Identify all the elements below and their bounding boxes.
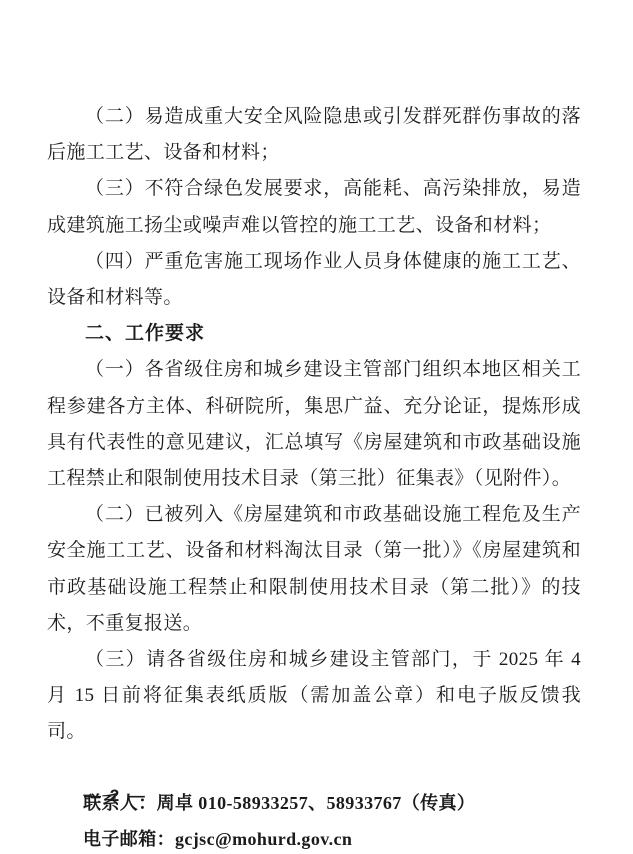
paragraph-item-2: （二）易造成重大安全风险隐患或引发群死群伤事故的落后施工工艺、设备和材料；	[47, 99, 581, 171]
page-number: — 2 —	[84, 786, 147, 806]
section-heading: 二、工作要求	[47, 316, 581, 352]
requirement-paragraph-3: （三）请各省级住房和城乡建设主管部门，于 2025 年 4 月 15 日前将征集…	[47, 642, 581, 751]
requirement-paragraph-2: （二）已被列入《房屋建筑和市政基础设施工程危及生产安全施工工艺、设备和材料淘汰目…	[47, 497, 581, 642]
document-body: （二）易造成重大安全风险隐患或引发群死群伤事故的落后施工工艺、设备和材料； （三…	[47, 99, 581, 854]
requirement-paragraph-1: （一）各省级住房和城乡建设主管部门组织本地区相关工程参建各方主体、科研院所，集思…	[47, 352, 581, 497]
contact-email-line: 电子邮箱：gcjsc@mohurd.gov.cn	[47, 821, 581, 854]
document-page: （二）易造成重大安全风险隐患或引发群死群伤事故的落后施工工艺、设备和材料； （三…	[0, 0, 633, 854]
paragraph-item-3: （三）不符合绿色发展要求，高能耗、高污染排放，易造成建筑施工扬尘或噪声难以管控的…	[47, 171, 581, 243]
paragraph-item-4: （四）严重危害施工现场作业人员身体健康的施工工艺、设备和材料等。	[47, 244, 581, 316]
